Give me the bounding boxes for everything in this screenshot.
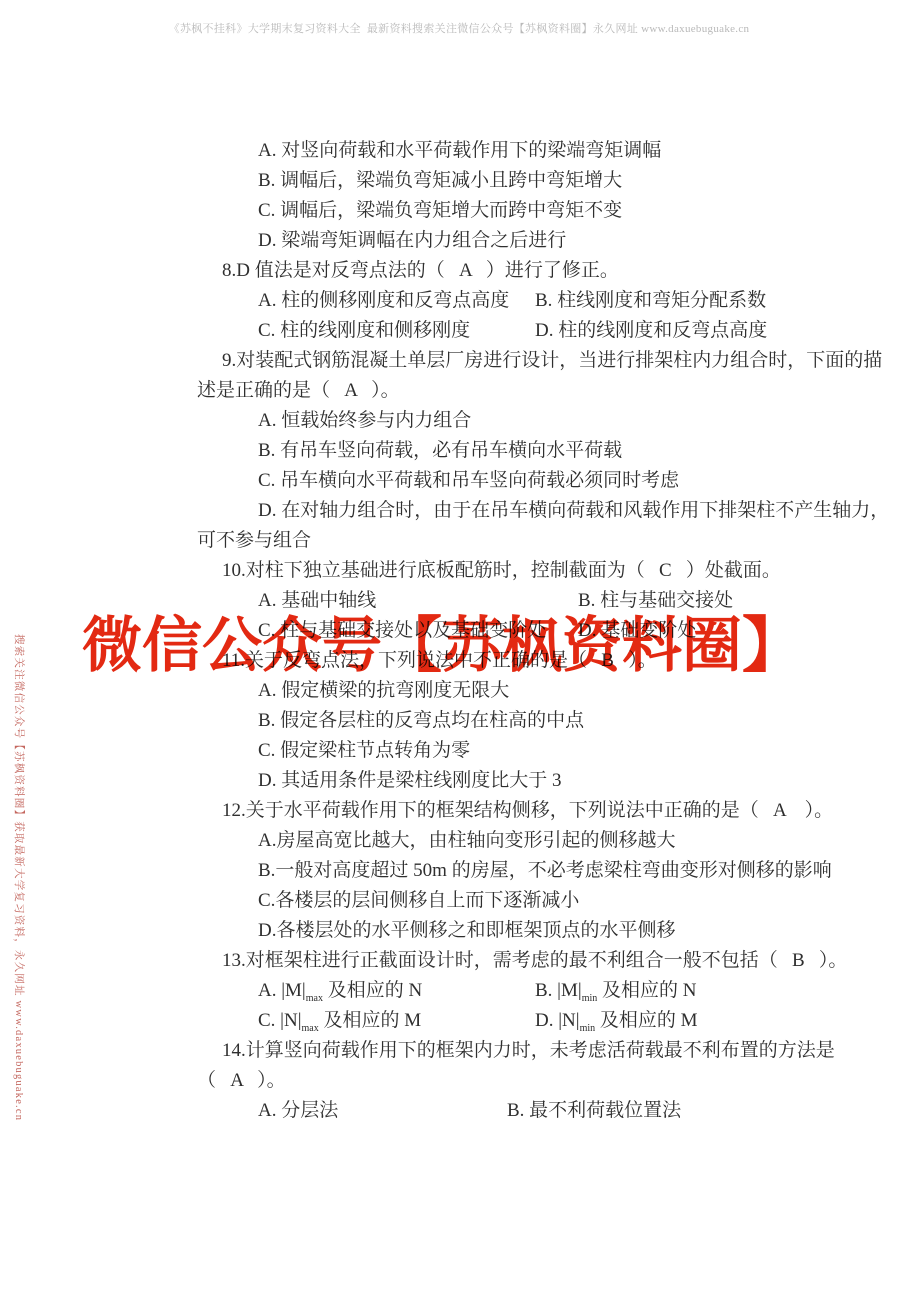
option-line: C. 吊车横向水平荷载和吊车竖向荷载必须同时考虑: [258, 466, 918, 496]
question-continuation-line: （ A ）。: [197, 1066, 918, 1096]
option-line: D. 在对轴力组合时，由于在吊车横向荷载和风载作用下排架柱不产生轴力，: [258, 496, 918, 526]
option-line: B.一般对高度超过 50m 的房屋，不必考虑梁柱弯曲变形对侧移的影响: [258, 856, 918, 886]
option-line: D. 梁端弯矩调幅在内力组合之后进行: [258, 226, 918, 256]
option-cell: A. 分层法: [258, 1096, 338, 1126]
page-header-note: 《苏枫不挂科》大学期末复习资料大全 最新资料搜索关注微信公众号【苏枫资料圈】永久…: [0, 20, 918, 36]
option-line: D.各楼层处的水平侧移之和即框架顶点的水平侧移: [258, 916, 918, 946]
question-continuation-line: 可不参与组合: [197, 526, 918, 556]
option-line: A.房屋高宽比越大，由柱轴向变形引起的侧移越大: [258, 826, 918, 856]
option-line: A. |M|max 及相应的 NB. |M|min 及相应的 N: [0, 976, 918, 1006]
option-line: C. 柱的线刚度和侧移刚度D. 柱的线刚度和反弯点高度: [0, 316, 918, 346]
question-line: 14.计算竖向荷载作用下的框架内力时，未考虑活荷载最不利布置的方法是: [222, 1036, 918, 1066]
document-body: A. 对竖向荷载和水平荷载作用下的梁端弯矩调幅B. 调幅后，梁端负弯矩减小且跨中…: [0, 136, 918, 1126]
math-fragment: C. |N|: [258, 1010, 302, 1031]
option-cell: B. |M|min 及相应的 N: [535, 976, 696, 1006]
option-line: A. 分层法B. 最不利荷载位置法: [0, 1096, 918, 1126]
question-line: 11.关于反弯点法，下列说法中不正确的是（ B ）。: [222, 646, 918, 676]
math-fragment: 及相应的 N: [597, 980, 696, 1001]
option-line: A. 对竖向荷载和水平荷载作用下的梁端弯矩调幅: [258, 136, 918, 166]
option-line: C.各楼层的层间侧移自上而下逐渐减小: [258, 886, 918, 916]
option-line: C. 柱与基础交接处以及基础变阶处D. 基础变阶处: [0, 616, 918, 646]
question-line: 10.对柱下独立基础进行底板配筋时，控制截面为（ C ）处截面。: [222, 556, 918, 586]
option-cell: B. 柱线刚度和弯矩分配系数: [535, 286, 766, 316]
question-line: 12.关于水平荷载作用下的框架结构侧移，下列说法中正确的是（ A ）。: [222, 796, 918, 826]
option-line: A. 柱的侧移刚度和反弯点高度B. 柱线刚度和弯矩分配系数: [0, 286, 918, 316]
option-cell: C. 柱的线刚度和侧移刚度: [258, 316, 470, 346]
option-cell: C. 柱与基础交接处以及基础变阶处: [258, 616, 546, 646]
option-cell: B. 最不利荷载位置法: [507, 1096, 681, 1126]
question-line: 8.D 值法是对反弯点法的（ A ）进行了修正。: [222, 256, 918, 286]
math-fragment: max: [302, 1023, 319, 1034]
option-cell: A. 柱的侧移刚度和反弯点高度: [258, 286, 509, 316]
option-line: C. 调幅后，梁端负弯矩增大而跨中弯矩不变: [258, 196, 918, 226]
scanned-exam-page: 《苏枫不挂科》大学期末复习资料大全 最新资料搜索关注微信公众号【苏枫资料圈】永久…: [0, 0, 918, 1298]
option-line: B. 假定各层柱的反弯点均在柱高的中点: [258, 706, 918, 736]
option-line: B. 有吊车竖向荷载，必有吊车横向水平荷载: [258, 436, 918, 466]
question-continuation-line: 述是正确的是（ A ）。: [197, 376, 918, 406]
question-line: 9.对装配式钢筋混凝土单层厂房进行设计，当进行排架柱内力组合时，下面的描: [222, 346, 918, 376]
math-fragment: D. |N|: [535, 1010, 580, 1031]
math-fragment: 及相应的 M: [595, 1010, 697, 1031]
option-cell: A. |M|max 及相应的 N: [258, 976, 422, 1006]
question-line: 13.对框架柱进行正截面设计时，需考虑的最不利组合一般不包括（ B ）。: [222, 946, 918, 976]
option-cell: D. 基础变阶处: [578, 616, 696, 646]
math-fragment: 及相应的 N: [323, 980, 422, 1001]
option-line: D. 其适用条件是梁柱线刚度比大于 3: [258, 766, 918, 796]
math-fragment: 及相应的 M: [319, 1010, 421, 1031]
vertical-side-note: 搜索关注微信公众号【苏枫资料圈】获取最新大学复习资料，永久网址 www.daxu…: [12, 634, 27, 1121]
option-line: B. 调幅后，梁端负弯矩减小且跨中弯矩增大: [258, 166, 918, 196]
option-cell: C. |N|max 及相应的 M: [258, 1006, 421, 1036]
math-fragment: A. |M|: [258, 980, 306, 1001]
math-fragment: min: [580, 1023, 596, 1034]
math-fragment: B. |M|: [535, 980, 582, 1001]
option-line: A. 恒载始终参与内力组合: [258, 406, 918, 436]
option-cell: D. 柱的线刚度和反弯点高度: [535, 316, 767, 346]
option-line: A. 假定横梁的抗弯刚度无限大: [258, 676, 918, 706]
math-fragment: min: [582, 993, 598, 1004]
option-cell: A. 基础中轴线: [258, 586, 376, 616]
math-fragment: max: [306, 993, 323, 1004]
option-cell: B. 柱与基础交接处: [578, 586, 733, 616]
option-line: A. 基础中轴线B. 柱与基础交接处: [0, 586, 918, 616]
option-line: C. 假定梁柱节点转角为零: [258, 736, 918, 766]
option-cell: D. |N|min 及相应的 M: [535, 1006, 698, 1036]
option-line: C. |N|max 及相应的 MD. |N|min 及相应的 M: [0, 1006, 918, 1036]
